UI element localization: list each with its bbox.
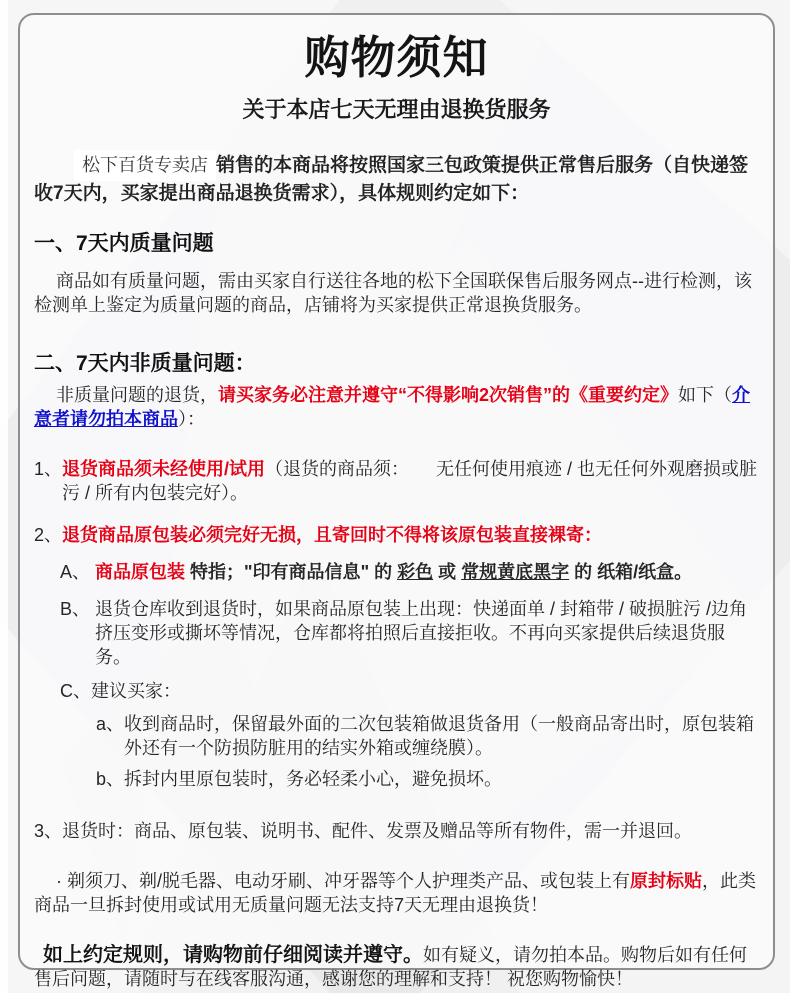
rule-item-2: 2、 退货商品原包装必须完好无损，且寄回时不得将该原包装直接裸寄： (34, 523, 759, 547)
sub-item-Cb-text: 拆封内里原包装时，务必轻柔小心，避免损坏。 (124, 767, 502, 791)
intro-paragraph: 松下百货专卖店销售的本商品将按照国家三包政策提供正常售后服务（自快递签收7天内，… (34, 150, 759, 207)
section2-title: 二、7天内非质量问题： (34, 351, 759, 377)
section2-intro-tail: 如下 (678, 385, 714, 405)
footer-paragraph: 如上约定规则，请购物前仔细阅读并遵守。如有疑义，请勿拍本品。购物后如有任何售后问… (34, 943, 759, 991)
bullet-icon: · (56, 871, 67, 891)
sub-item-A-underline-color: 彩色 (397, 562, 433, 582)
sub-item-A-t4: 的 纸箱/纸盒。 (569, 562, 692, 582)
paren-open: （ (714, 385, 732, 405)
personal-care-notice: · 剃须刀、剃/脱毛器、电动牙刷、冲牙器等个人护理类产品、或包装上有原封标贴，此… (34, 869, 759, 917)
sub-item-A-label: A、 (60, 560, 95, 584)
sub-item-C: C、 建议买家： (60, 679, 759, 703)
section2-intro-black: 非质量问题的退货， (56, 385, 218, 405)
rule-item-1-red: 退货商品须未经使用/试用 (62, 459, 265, 479)
sub-item-A-red: 商品原包装 (95, 562, 185, 582)
sub-item-B-text: 退货仓库收到退货时，如果商品原包装上出现：快递面单 / 封箱带 / 破损脏污 /… (95, 597, 759, 669)
sub-item-Ca: a、 收到商品时，保留最外面的二次包装箱做退货备用（一般商品寄出时，原包装箱外还… (96, 712, 759, 760)
sub-item-Ca-text: 收到商品时，保留最外面的二次包装箱做退货备用（一般商品寄出时，原包装箱外还有一个… (124, 712, 759, 760)
sub-item-A-quoted: 印有商品信息 (253, 562, 361, 582)
rule-item-3-text: 退货时：商品、原包装、说明书、配件、发票及赠品等所有物件，需一并退回。 (62, 819, 692, 843)
section1-body: 商品如有质量问题，需由买家自行送往各地的松下全国联保售后服务网点--进行检测，该… (34, 269, 759, 317)
rule-item-3: 3、 退货时：商品、原包装、说明书、配件、发票及赠品等所有物件，需一并退回。 (34, 819, 759, 843)
notice-t1: 剃须刀、剃/脱毛器、电动牙刷、冲牙器等个人护理类产品、或包装上有 (67, 871, 630, 891)
sub-item-B: B、 退货仓库收到退货时，如果商品原包装上出现：快递面单 / 封箱带 / 破损脏… (60, 597, 759, 669)
sub-item-Cb-label: b、 (96, 767, 124, 791)
page-title: 购物须知 (34, 34, 759, 83)
paren-close: ）： (178, 409, 205, 429)
rule-item-2-red: 退货商品原包装必须完好无损，且寄回时不得将该原包装直接裸寄： (62, 523, 602, 547)
page-subtitle: 关于本店七天无理由退换货服务 (34, 93, 759, 124)
sub-item-C-text: 建议买家： (91, 679, 181, 703)
rule-item-2-number: 2、 (34, 523, 62, 547)
sub-item-A-t1: 特指；" (185, 562, 253, 582)
sub-item-B-label: B、 (60, 597, 95, 669)
notice-panel: 购物须知 关于本店七天无理由退换货服务 松下百货专卖店销售的本商品将按照国家三包… (18, 13, 775, 970)
sub-item-A-t2: " 的 (361, 562, 398, 582)
notice-red: 原封标贴 (630, 871, 702, 891)
section2-intro-red: 请买家务必注意并遵守“不得影响2次销售”的《重要约定》 (218, 385, 678, 405)
rule-item-1-number: 1、 (34, 457, 62, 505)
section1-title: 一、7天内质量问题 (34, 231, 759, 257)
sub-item-Cb: b、 拆封内里原包装时，务必轻柔小心，避免损坏。 (96, 767, 759, 791)
rule-item-1-text: 退货商品须未经使用/试用（退货的商品须： 无任何使用痕迹 / 也无任何外观磨损或… (62, 457, 759, 505)
shopping-notice-page: 购物须知 关于本店七天无理由退换货服务 松下百货专卖店销售的本商品将按照国家三包… (0, 0, 790, 993)
sub-item-Ca-label: a、 (96, 712, 124, 760)
footer-lead: 如上约定规则，请购物前仔细阅读并遵守。 (43, 944, 423, 966)
shop-name-badge: 松下百货专卖店 (74, 150, 216, 181)
sub-item-A-text: 商品原包装 特指；"印有商品信息" 的 彩色 或 常规黄底黑字 的 纸箱/纸盒。 (95, 560, 692, 584)
sub-item-A-t3: 或 (433, 562, 461, 582)
sub-item-A: A、 商品原包装 特指；"印有商品信息" 的 彩色 或 常规黄底黑字 的 纸箱/… (60, 560, 759, 584)
sub-item-A-underline-yellow: 常规黄底黑字 (461, 562, 569, 582)
sub-item-C-label: C、 (60, 679, 91, 703)
section2-intro: 非质量问题的退货，请买家务必注意并遵守“不得影响2次销售”的《重要约定》如下（介… (34, 383, 759, 431)
rule-item-1: 1、 退货商品须未经使用/试用（退货的商品须： 无任何使用痕迹 / 也无任何外观… (34, 457, 759, 505)
rule-item-3-number: 3、 (34, 819, 62, 843)
